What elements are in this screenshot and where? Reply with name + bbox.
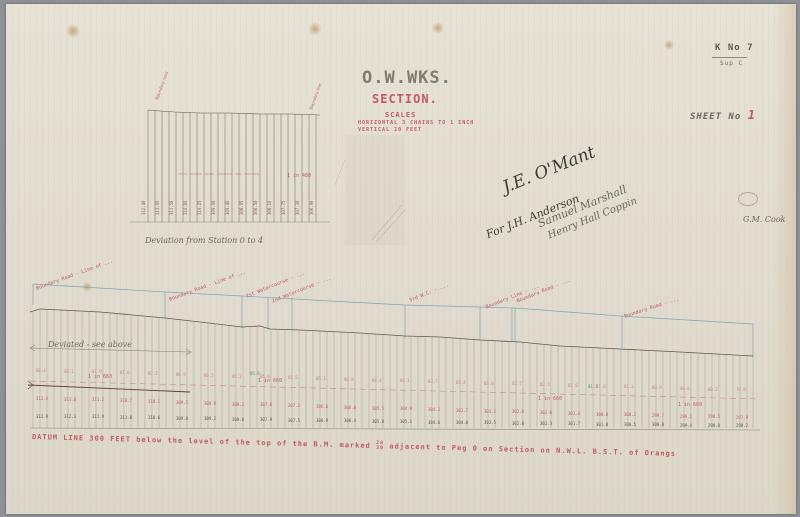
svg-text:300.8: 300.8 (596, 412, 609, 417)
svg-text:82.7: 82.7 (512, 381, 522, 386)
svg-text:302.8: 302.8 (512, 421, 525, 426)
svg-text:304.9: 304.9 (400, 406, 413, 411)
svg-text:84.1: 84.1 (400, 378, 410, 383)
svg-text:88.1: 88.1 (64, 369, 74, 374)
svg-text:309.8: 309.8 (176, 416, 189, 421)
svg-text:85.1: 85.1 (316, 376, 326, 381)
svg-text:308.0: 308.0 (232, 417, 245, 422)
svg-text:308.9: 308.9 (204, 401, 217, 406)
svg-text:309.40: 309.40 (225, 200, 230, 215)
svg-text:84.8: 84.8 (344, 377, 354, 382)
svg-text:308.3: 308.3 (232, 402, 245, 407)
svg-text:302.6: 302.6 (512, 409, 525, 414)
svg-text:301.0: 301.0 (596, 422, 609, 427)
svg-text:303.1: 303.1 (484, 409, 497, 414)
svg-text:88.4: 88.4 (36, 368, 46, 373)
svg-text:312.40: 312.40 (141, 200, 146, 215)
svg-text:86.2: 86.2 (232, 374, 242, 379)
formation-outline (33, 284, 753, 358)
svg-text:87.2: 87.2 (148, 371, 158, 376)
svg-text:310.25: 310.25 (197, 200, 202, 215)
svg-text:304.3: 304.3 (428, 407, 441, 412)
ground-profile (30, 309, 753, 356)
svg-text:81.3: 81.3 (624, 384, 634, 389)
svg-text:311.8: 311.8 (64, 397, 77, 402)
svg-text:306.90: 306.90 (309, 200, 314, 215)
svg-text:312.9: 312.9 (36, 414, 49, 419)
svg-text:300.0: 300.0 (652, 422, 665, 427)
svg-text:86.9: 86.9 (176, 372, 186, 377)
svg-text:82.3: 82.3 (540, 382, 550, 387)
svg-text:298.8: 298.8 (708, 423, 721, 428)
svg-text:308.95: 308.95 (239, 200, 244, 215)
svg-text:308.50: 308.50 (253, 200, 258, 215)
svg-text:312.4: 312.4 (36, 396, 49, 401)
svg-text:306.6: 306.6 (316, 404, 329, 409)
svg-text:307.9: 307.9 (260, 417, 273, 422)
svg-text:308.10: 308.10 (267, 200, 272, 215)
svg-text:83.4: 83.4 (456, 380, 466, 385)
svg-text:85.5: 85.5 (288, 375, 298, 380)
svg-text:310.80: 310.80 (183, 200, 188, 215)
svg-text:303.7: 303.7 (456, 408, 469, 413)
svg-text:311.0: 311.0 (120, 415, 133, 420)
svg-text:304.6: 304.6 (428, 420, 441, 425)
svg-text:298.2: 298.2 (736, 423, 749, 428)
svg-text:80.9: 80.9 (652, 385, 662, 390)
svg-text:302.0: 302.0 (540, 410, 553, 415)
svg-text:309.90: 309.90 (211, 200, 216, 215)
svg-text:307.75: 307.75 (281, 200, 286, 215)
svg-text:83.7: 83.7 (428, 379, 438, 384)
svg-text:80.6: 80.6 (680, 386, 690, 391)
svg-text:299.1: 299.1 (680, 414, 693, 419)
upper-right-note: Boundary line (308, 82, 322, 110)
svg-text:311.95: 311.95 (155, 200, 160, 215)
svg-text:297.9: 297.9 (736, 415, 749, 420)
svg-text:307.8: 307.8 (260, 402, 273, 407)
svg-text:311.9: 311.9 (92, 414, 105, 419)
svg-text:301.7: 301.7 (568, 421, 581, 426)
svg-text:87.9: 87.9 (92, 369, 102, 374)
svg-text:303.5: 303.5 (484, 420, 497, 425)
svg-text:310.7: 310.7 (120, 398, 133, 403)
svg-text:299.7: 299.7 (652, 413, 665, 418)
svg-text:85.9: 85.9 (250, 371, 260, 376)
svg-text:312.3: 312.3 (64, 414, 77, 419)
section-linework: 312.40311.95311.50310.80310.25309.90309.… (0, 0, 800, 517)
lower-ordinates (33, 310, 753, 428)
svg-text:305.5: 305.5 (372, 406, 385, 411)
svg-text:311.50: 311.50 (169, 200, 174, 215)
svg-text:304.0: 304.0 (456, 420, 469, 425)
svg-text:307.2: 307.2 (288, 403, 301, 408)
svg-text:79.9: 79.9 (736, 387, 746, 392)
svg-text:306.0: 306.0 (344, 405, 357, 410)
svg-text:80.2: 80.2 (708, 387, 718, 392)
svg-text:302.3: 302.3 (540, 421, 553, 426)
svg-text:309.2: 309.2 (204, 416, 217, 421)
svg-text:85.8: 85.8 (260, 374, 270, 379)
level-values: 88.488.187.987.687.286.986.586.285.885.5… (36, 368, 749, 428)
bridge-sketch (335, 135, 405, 245)
svg-text:300.2: 300.2 (624, 412, 637, 417)
upper-left-note: Boundary road (154, 70, 169, 100)
svg-text:306.9: 306.9 (316, 418, 329, 423)
svg-text:305.1: 305.1 (400, 419, 413, 424)
svg-text:83.0: 83.0 (484, 381, 494, 386)
svg-text:81.7: 81.7 (588, 384, 598, 389)
svg-text:86.5: 86.5 (204, 373, 214, 378)
svg-text:311.2: 311.2 (92, 397, 105, 402)
svg-text:309.5: 309.5 (176, 400, 189, 405)
svg-text:306.4: 306.4 (344, 418, 357, 423)
upper-profile (130, 110, 330, 222)
svg-text:301.4: 301.4 (568, 411, 581, 416)
svg-text:307.5: 307.5 (288, 418, 301, 423)
svg-text:307.30: 307.30 (295, 200, 300, 215)
svg-text:310.6: 310.6 (148, 415, 161, 420)
svg-text:87.6: 87.6 (120, 370, 130, 375)
svg-text:298.5: 298.5 (708, 414, 721, 419)
svg-text:305.8: 305.8 (372, 419, 385, 424)
svg-text:82.0: 82.0 (568, 383, 578, 388)
svg-text:299.4: 299.4 (680, 423, 693, 428)
svg-text:84.4: 84.4 (372, 378, 382, 383)
svg-text:310.1: 310.1 (148, 399, 161, 404)
svg-text:300.5: 300.5 (624, 422, 637, 427)
